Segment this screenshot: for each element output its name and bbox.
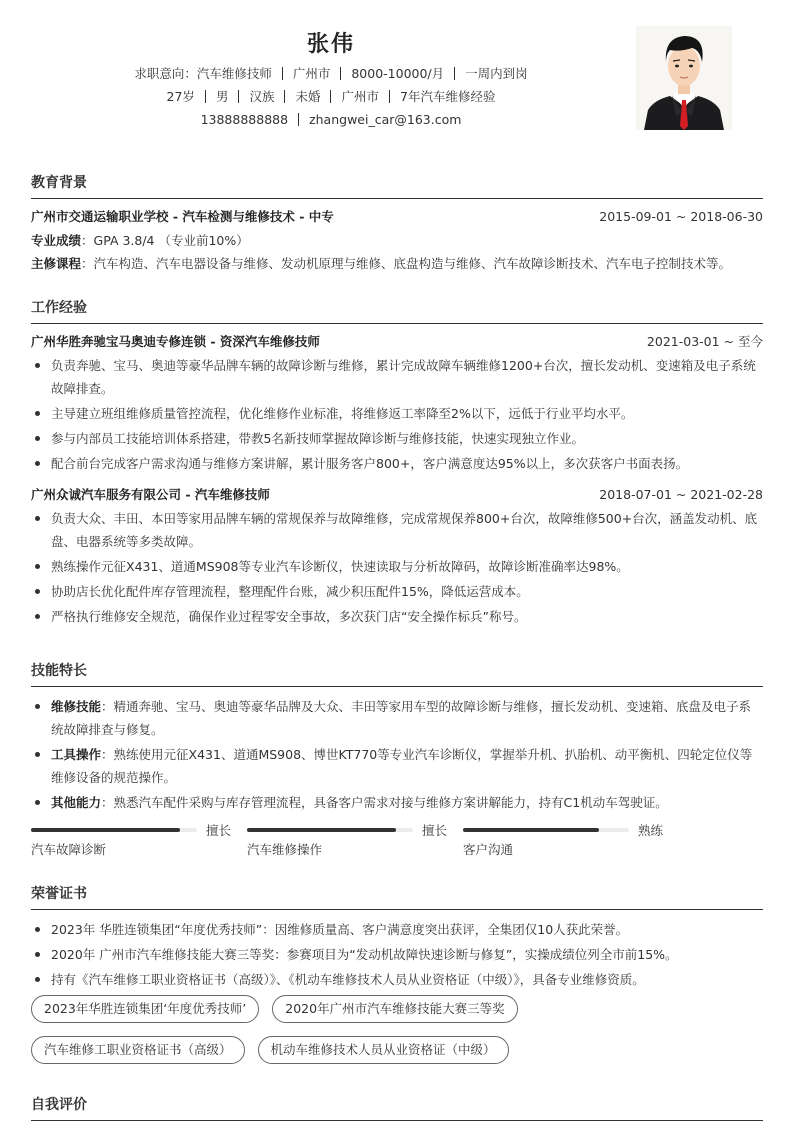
job-entry-header: 广州众诚汽车服务有限公司 - 汽车维修技师 2018-07-01 ~ 2021-… bbox=[31, 483, 763, 507]
divider bbox=[454, 67, 455, 80]
skills-section: 技能特长 维修技能：精通奔驰、宝马、奥迪等豪华品牌及大众、丰田等家用车型的故障诊… bbox=[31, 660, 763, 860]
job-intent-line: 求职意向：汽车维修技师广州市8000-10000/月一周内到岗 bbox=[31, 62, 631, 85]
list-item: 持有《汽车维修工职业资格证书（高级）》、《机动车维修技术人员从业资格证（中级）》… bbox=[31, 968, 763, 991]
email: zhangwei_car@163.com bbox=[309, 112, 461, 127]
list-item: 主导建立班组维修质量管控流程，优化维修作业标准，将维修返工率降至2%以下，远低于… bbox=[31, 402, 763, 425]
divider bbox=[282, 67, 283, 80]
skill-description: ：熟悉汽车配件采购与库存管理流程，具备客户需求对接与维修方案讲解能力，持有C1机… bbox=[101, 795, 668, 810]
skill-name: 客户沟通 bbox=[463, 840, 679, 860]
work-section-title: 工作经验 bbox=[31, 297, 763, 324]
skill-name: 汽车维修操作 bbox=[247, 840, 463, 860]
courses-value: ：汽车构造、汽车电器设备与维修、发动机原理与维修、底盘构造与维修、汽车故障诊断技… bbox=[81, 256, 731, 271]
skill-name: 汽车故障诊断 bbox=[31, 840, 247, 860]
divider bbox=[298, 113, 299, 126]
phone: 13888888888 bbox=[201, 112, 288, 127]
education-section: 教育背景 广州市交通运输职业学校 - 汽车检测与维修技术 - 中专 2015-0… bbox=[31, 172, 763, 275]
skill-bar-item: 擅长 汽车维修操作 bbox=[247, 820, 463, 860]
list-item: 严格执行维修安全规范，确保作业过程零安全事故，多次获门店“安全操作标兵”称号。 bbox=[31, 605, 763, 628]
list-item: 参与内部员工技能培训体系搭建，带教5名新技师掌握故障诊断与维修技能，快速实现独立… bbox=[31, 427, 763, 450]
grade-value: ：GPA 3.8/4 （专业前10%） bbox=[81, 233, 249, 248]
work-section: 工作经验 广州华胜奔驰宝马奥迪专修连锁 - 资深汽车维修技师 2021-03-0… bbox=[31, 297, 763, 630]
skill-progress-track bbox=[463, 828, 629, 832]
divider bbox=[284, 90, 285, 103]
divider bbox=[238, 90, 239, 103]
job-responsibilities: 负责奔驰、宝马、奥迪等豪华品牌车辆的故障诊断与维修，累计完成故障车辆维修1200… bbox=[31, 354, 763, 475]
skill-category-label: 工具操作 bbox=[51, 747, 101, 762]
grade-line: 专业成绩：GPA 3.8/4 （专业前10%） bbox=[31, 229, 763, 252]
divider bbox=[330, 90, 331, 103]
gender: 男 bbox=[216, 89, 229, 104]
honors-list: 2023年 华胜连锁集团“年度优秀技师”：因维修质量高、客户满意度突出获评，全集… bbox=[31, 918, 763, 991]
list-item: 协助店长优化配件库存管理流程，整理配件台账，减少积压配件15%，降低运营成本。 bbox=[31, 580, 763, 603]
self-evaluation-section: 自我评价 bbox=[31, 1094, 763, 1121]
list-item: 其他能力：熟悉汽车配件采购与库存管理流程，具备客户需求对接与维修方案讲解能力，持… bbox=[31, 791, 763, 814]
list-item: 负责大众、丰田、本田等家用品牌车辆的常规保养与故障维修，完成常规保养800+台次… bbox=[31, 507, 763, 553]
list-item: 配合前台完成客户需求沟通与维修方案讲解，累计服务客户800+，客户满意度达95%… bbox=[31, 452, 763, 475]
list-item: 负责奔驰、宝马、奥迪等豪华品牌车辆的故障诊断与维修，累计完成故障车辆维修1200… bbox=[31, 354, 763, 400]
resume-header: 张伟 求职意向：汽车维修技师广州市8000-10000/月一周内到岗 27岁男汉… bbox=[31, 28, 631, 131]
courses-label: 主修课程 bbox=[31, 256, 81, 271]
profile-photo bbox=[636, 26, 732, 130]
candidate-name: 张伟 bbox=[31, 28, 631, 62]
education-date-range: 2015-09-01 ~ 2018-06-30 bbox=[599, 205, 763, 229]
list-item: 维修技能：精通奔驰、宝马、奥迪等豪华品牌及大众、丰田等家用车型的故障诊断与维修，… bbox=[31, 695, 763, 741]
honors-section-title: 荣誉证书 bbox=[31, 883, 763, 910]
avatar-illustration-icon bbox=[636, 26, 732, 130]
education-section-title: 教育背景 bbox=[31, 172, 763, 199]
basic-info-line: 27岁男汉族未婚广州市7年汽车维修经验 bbox=[31, 85, 631, 108]
job-date-range: 2021-03-01 ~ 至今 bbox=[647, 330, 763, 354]
honor-tag: 机动车维修技术人员从业资格证（中级） bbox=[258, 1036, 509, 1064]
skill-level-label: 熟练 bbox=[638, 821, 663, 839]
divider bbox=[205, 90, 206, 103]
experience-years: 7年汽车维修经验 bbox=[400, 89, 495, 104]
job-company-title: 广州华胜奔驰宝马奥迪专修连锁 - 资深汽车维修技师 bbox=[31, 330, 320, 354]
school-major-degree: 广州市交通运输职业学校 - 汽车检测与维修技术 - 中专 bbox=[31, 205, 334, 229]
skill-level-label: 擅长 bbox=[422, 821, 447, 839]
skill-progress-track bbox=[247, 828, 413, 832]
skills-list: 维修技能：精通奔驰、宝马、奥迪等豪华品牌及大众、丰田等家用车型的故障诊断与维修，… bbox=[31, 695, 763, 814]
skill-progress-track bbox=[31, 828, 197, 832]
skill-description: ：精通奔驰、宝马、奥迪等豪华品牌及大众、丰田等家用车型的故障诊断与维修，擅长发动… bbox=[51, 699, 751, 737]
list-item: 熟练操作元征X431、道通MS908等专业汽车诊断仪，快速读取与分析故障码，故障… bbox=[31, 555, 763, 578]
intent-salary: 8000-10000/月 bbox=[351, 66, 444, 81]
skill-progress-fill bbox=[247, 828, 396, 832]
job-date-range: 2018-07-01 ~ 2021-02-28 bbox=[599, 483, 763, 507]
education-entry-header: 广州市交通运输职业学校 - 汽车检测与维修技术 - 中专 2015-09-01 … bbox=[31, 205, 763, 229]
job-company-title: 广州众诚汽车服务有限公司 - 汽车维修技师 bbox=[31, 483, 270, 507]
honor-tags: 2023年华胜连锁集团‘年度优秀技师’2020年广州市汽车维修技能大赛三等奖 汽… bbox=[31, 995, 763, 1077]
skill-level-bars: 擅长 汽车故障诊断 擅长 汽车维修操作 熟练 客户沟通 bbox=[31, 820, 763, 860]
honors-section: 荣誉证书 2023年 华胜连锁集团“年度优秀技师”：因维修质量高、客户满意度突出… bbox=[31, 883, 763, 1077]
skill-progress-fill bbox=[31, 828, 180, 832]
contact-line: 13888888888zhangwei_car@163.com bbox=[31, 108, 631, 131]
grade-label: 专业成绩 bbox=[31, 233, 81, 248]
list-item: 2020年 广州市汽车维修技能大赛三等奖：参赛项目为“发动机故障快速诊断与修复”… bbox=[31, 943, 763, 966]
skill-description: ：熟练使用元征X431、道通MS908、博世KT770等专业汽车诊断仪，掌握举升… bbox=[51, 747, 752, 785]
skills-section-title: 技能特长 bbox=[31, 660, 763, 687]
list-item: 工具操作：熟练使用元征X431、道通MS908、博世KT770等专业汽车诊断仪，… bbox=[31, 743, 763, 789]
intent-position: 求职意向：汽车维修技师 bbox=[134, 66, 272, 81]
skill-progress-fill bbox=[463, 828, 599, 832]
honor-tag: 汽车维修工职业资格证书（高级） bbox=[31, 1036, 245, 1064]
intent-availability: 一周内到岗 bbox=[465, 66, 528, 81]
marital-status: 未婚 bbox=[295, 89, 320, 104]
self-evaluation-section-title: 自我评价 bbox=[31, 1094, 763, 1121]
skill-category-label: 其他能力 bbox=[51, 795, 101, 810]
residence: 广州市 bbox=[341, 89, 379, 104]
age: 27岁 bbox=[167, 89, 195, 104]
courses-line: 主修课程：汽车构造、汽车电器设备与维修、发动机原理与维修、底盘构造与维修、汽车故… bbox=[31, 252, 763, 275]
skill-bar-item: 熟练 客户沟通 bbox=[463, 820, 679, 860]
job-entry-header: 广州华胜奔驰宝马奥迪专修连锁 - 资深汽车维修技师 2021-03-01 ~ 至… bbox=[31, 330, 763, 354]
intent-city: 广州市 bbox=[293, 66, 331, 81]
job-responsibilities: 负责大众、丰田、本田等家用品牌车辆的常规保养与故障维修，完成常规保养800+台次… bbox=[31, 507, 763, 628]
divider bbox=[389, 90, 390, 103]
skill-level-label: 擅长 bbox=[206, 821, 231, 839]
divider bbox=[340, 67, 341, 80]
skill-category-label: 维修技能 bbox=[51, 699, 101, 714]
honor-tag: 2023年华胜连锁集团‘年度优秀技师’ bbox=[31, 995, 259, 1023]
list-item: 2023年 华胜连锁集团“年度优秀技师”：因维修质量高、客户满意度突出获评，全集… bbox=[31, 918, 763, 941]
honor-tag: 2020年广州市汽车维修技能大赛三等奖 bbox=[272, 995, 517, 1023]
ethnicity: 汉族 bbox=[249, 89, 274, 104]
skill-bar-item: 擅长 汽车故障诊断 bbox=[31, 820, 247, 860]
